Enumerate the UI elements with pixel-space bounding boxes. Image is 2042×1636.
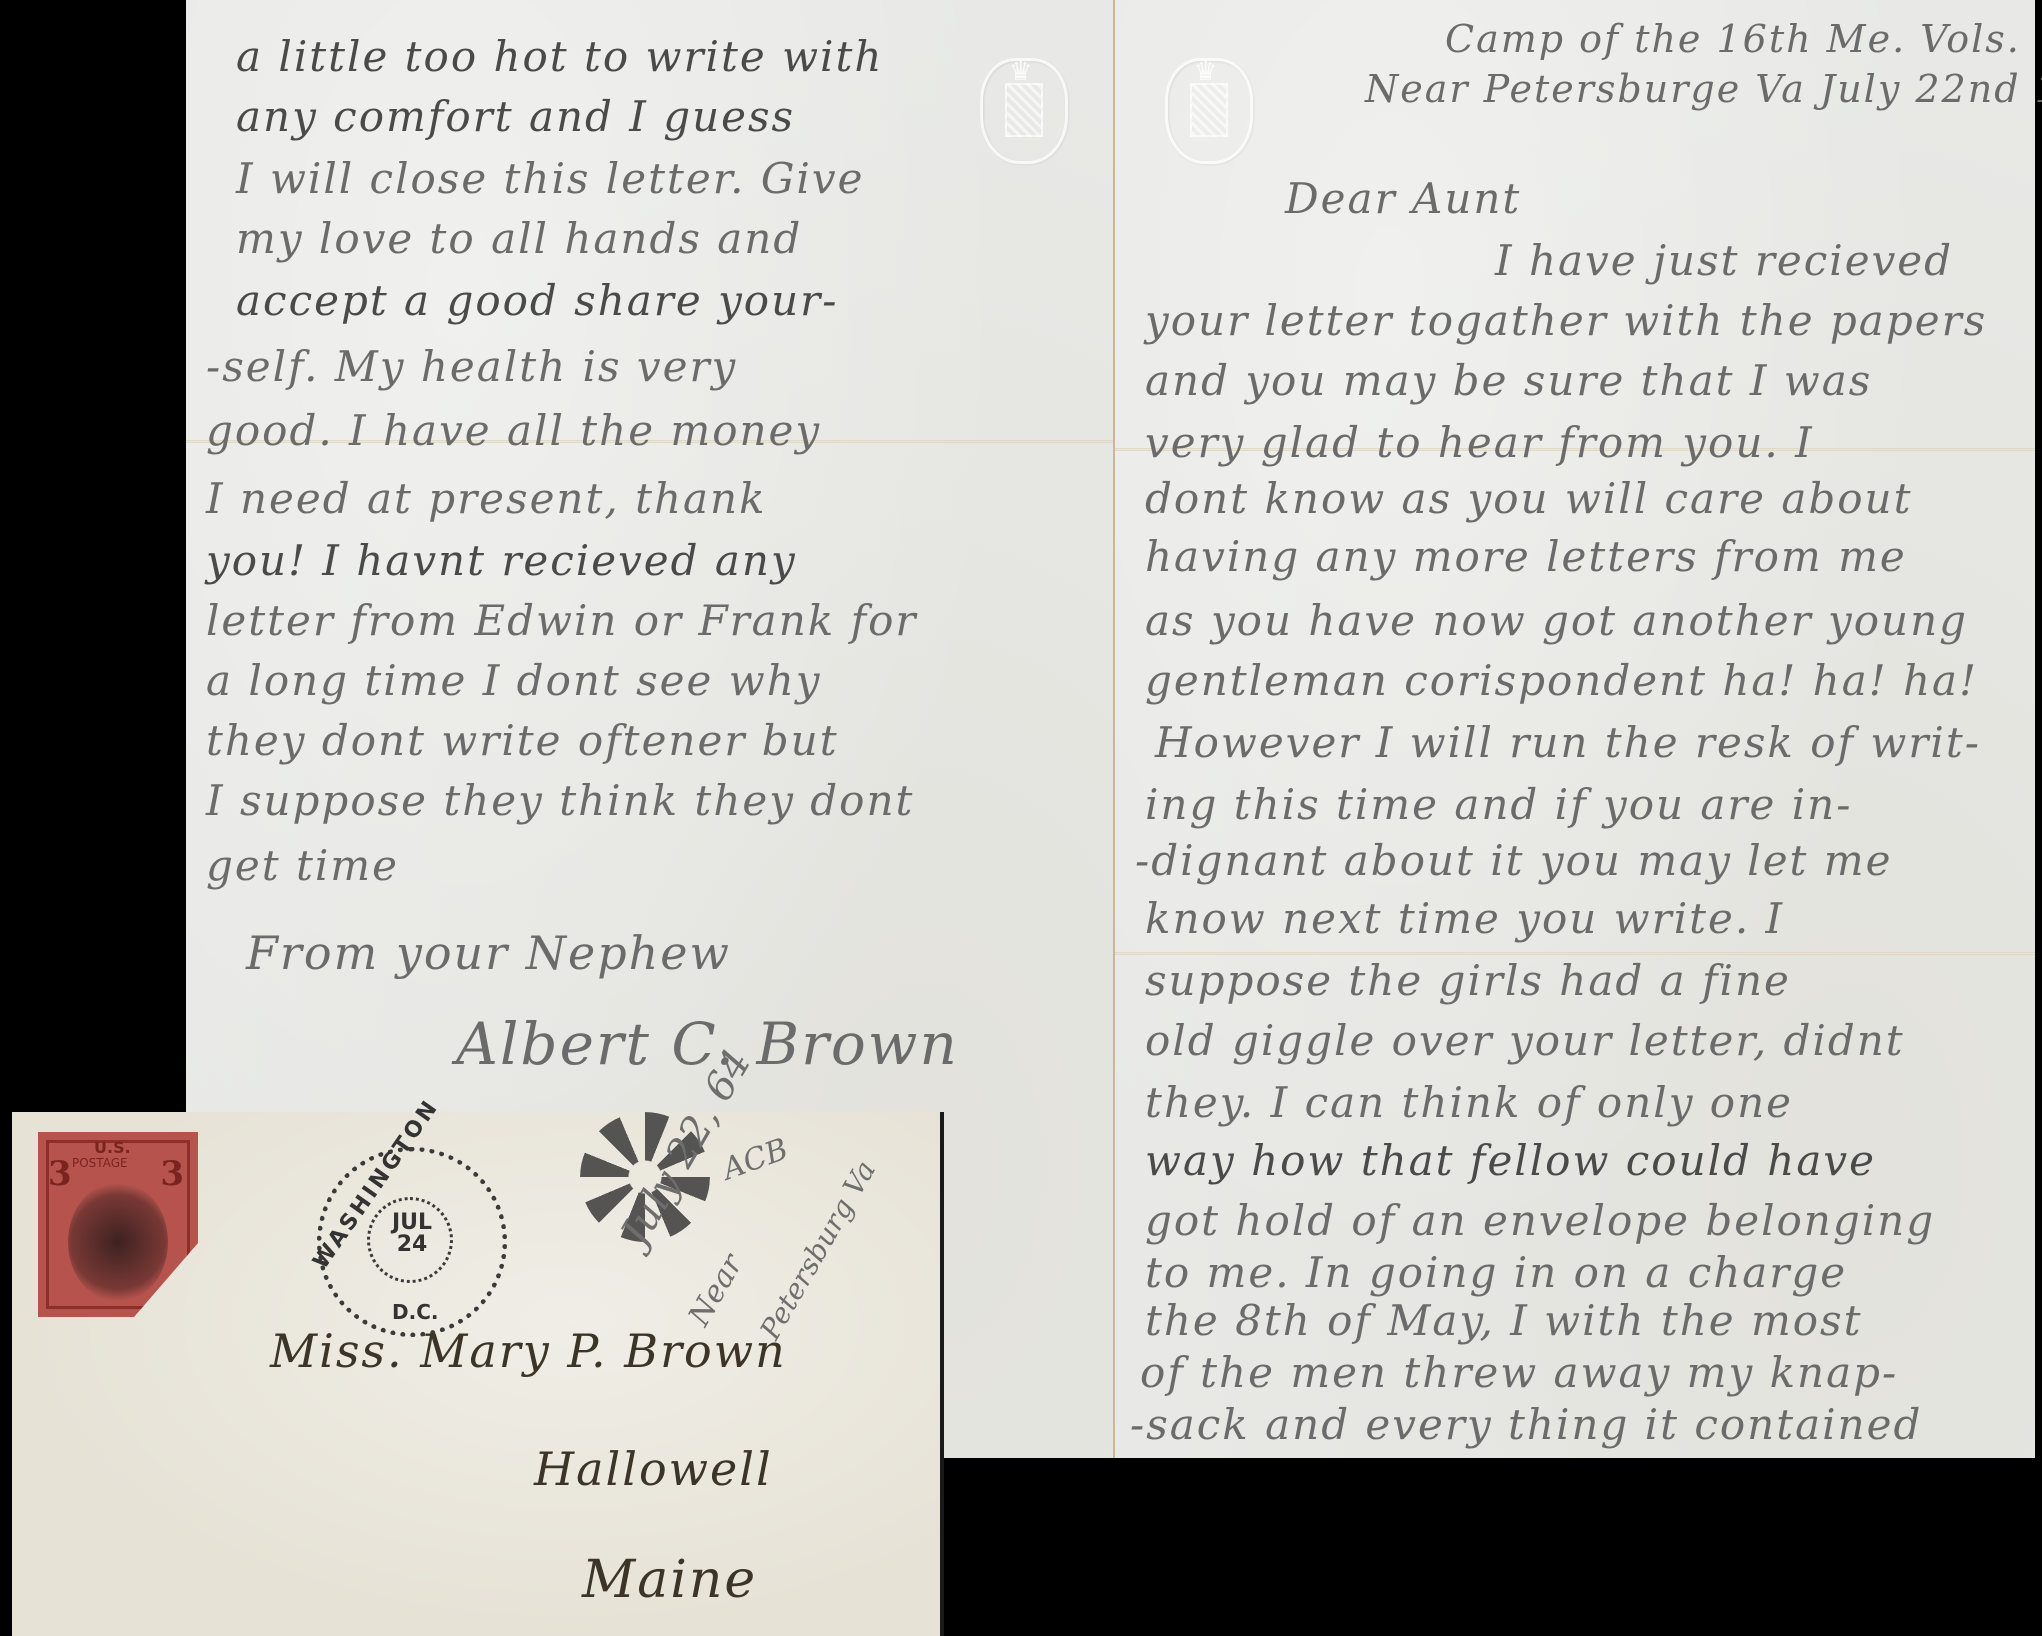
stamp-country: U.S. [94,1138,131,1157]
page-fold-line [1115,952,2035,955]
letter-line: having any more letters from me [1145,536,1907,578]
pencil-note-place: Near [682,1248,750,1332]
envelope-addressee: Miss. Mary P. Brown [270,1324,787,1378]
embossed-crest-icon [980,58,1068,164]
letter-line: -dignant about it you may let me [1135,840,1892,882]
letter-line: as you have now got another young [1145,600,1968,642]
envelope: U.S. POSTAGE 3 3 WASHINGTON JUL 24 D.C. … [12,1112,944,1636]
letter-line: get time [206,845,399,887]
postmark-date: JUL 24 [382,1212,442,1256]
letter-line: they. I can think of only one [1145,1082,1793,1124]
letter-line: I will close this letter. Give [236,158,864,200]
letter-line: your letter togather with the papers [1145,300,1987,342]
pencil-note-place: Petersburg Va [753,1155,882,1345]
letter-line: got hold of an envelope belonging [1145,1200,1935,1242]
letter-line: any comfort and I guess [236,96,795,138]
letter-line: know next time you write. I [1145,898,1784,940]
cancellation-mark-icon [68,1182,168,1302]
letter-line: I need at present, thank [206,478,767,520]
letter-line: ing this time and if you are in- [1145,784,1852,826]
stamp-label: POSTAGE [72,1156,128,1170]
letter-line: good. I have all the money [206,410,821,452]
letter-line: you! I havnt recieved any [206,540,797,582]
embossed-crest-icon [1165,58,1253,164]
pencil-note-initials: ACB [718,1132,793,1188]
letter-line: -sack and every thing it contained [1130,1404,1922,1446]
letter-line: way how that fellow could have [1145,1140,1876,1182]
stamp-value: 3 [48,1154,72,1194]
letter-line: suppose the girls had a fine [1145,960,1791,1002]
letter-closing: From your Nephew [246,930,731,976]
letter-line: and you may be sure that I was [1145,360,1872,402]
letter-line: a little too hot to write with [236,36,883,78]
letter-line: dont know as you will care about [1145,478,1912,520]
letter-line: accept a good share your- [236,280,838,322]
postmark-day: 24 [382,1234,442,1256]
letter-line: old giggle over your letter, didnt [1145,1020,1905,1062]
postmark-circle: WASHINGTON JUL 24 D.C. [317,1147,507,1337]
letter-line: of the men threw away my knap- [1140,1352,1898,1394]
letter-page-right: Camp of the 16th Me. Vols. Near Petersbu… [1113,0,2035,1458]
envelope-address-city: Hallowell [534,1442,773,1496]
letter-line: to me. In going in on a charge [1145,1252,1847,1294]
letter-line: a long time I dont see why [206,660,821,702]
letter-salutation: Dear Aunt [1285,178,1521,220]
envelope-address-state: Maine [582,1550,757,1610]
postage-stamp: U.S. POSTAGE 3 3 [38,1132,198,1317]
letter-line: they dont write oftener but [206,720,839,762]
letter-line: the 8th of May, I with the most [1145,1300,1863,1342]
letter-line: I suppose they think they dont [206,780,914,822]
letter-line: However I will run the resk of writ- [1155,722,1981,764]
letter-line: I have just recieved [1495,240,1953,282]
stamp-value: 3 [160,1154,184,1194]
letter-line: very glad to hear from you. I [1145,422,1814,464]
letter-line: my love to all hands and [236,218,802,260]
letter-line: letter from Edwin or Frank for [206,600,917,642]
letter-line: gentleman corispondent ha! ha! ha! [1145,660,1978,702]
postmark-month: JUL [382,1212,442,1234]
letter-heading-date: Near Petersburge Va July 22nd 1864 [1365,70,2042,108]
letter-line: -self. My health is very [206,346,737,388]
letter-heading-camp: Camp of the 16th Me. Vols. [1445,20,2021,58]
postmark-state: D.C. [392,1300,438,1324]
